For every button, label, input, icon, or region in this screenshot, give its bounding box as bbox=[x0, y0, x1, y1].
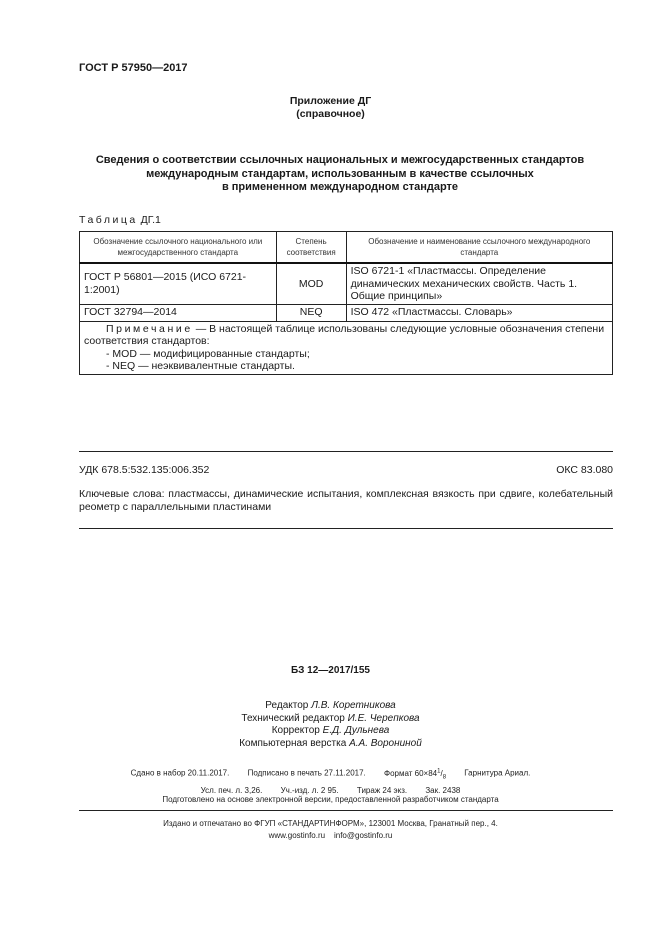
section-title: Сведения о соответствии ссылочных национ… bbox=[70, 154, 610, 195]
bz-number: БЗ 12—2017/155 bbox=[0, 665, 661, 676]
divider bbox=[79, 451, 613, 452]
credit-name: И.Е. Черепкова bbox=[348, 713, 420, 724]
udc-code: УДК 678.5:532.135:006.352 bbox=[79, 464, 209, 476]
international-standard-cell: ISO 6721-1 «Пластмассы. Определение дина… bbox=[346, 263, 612, 304]
column-header: Степень соответствия bbox=[276, 232, 346, 264]
divider bbox=[79, 810, 613, 811]
publisher-line: Издано и отпечатано во ФГУП «СТАНДАРТИНФ… bbox=[0, 818, 661, 830]
note-lead: Примечание bbox=[106, 323, 193, 335]
correspondence-table: Обозначение ссылочного национального или… bbox=[79, 231, 613, 375]
section-title-line: в примененном международном стандарте bbox=[70, 181, 610, 195]
table-label: Таблица ДГ.1 bbox=[79, 214, 161, 226]
credit-line: Технический редактор И.Е. Черепкова bbox=[0, 713, 661, 726]
submitted-date: Сдано в набор 20.11.2017. bbox=[131, 769, 230, 778]
credit-name: А.А. Ворониной bbox=[349, 738, 422, 749]
note-text: Примечание — В настоящей таблице использ… bbox=[84, 323, 608, 348]
table-label-prefix: Таблица bbox=[79, 214, 138, 226]
table-label-id: ДГ.1 bbox=[141, 214, 161, 226]
publisher-info: Издано и отпечатано во ФГУП «СТАНДАРТИНФ… bbox=[0, 818, 661, 841]
prepared-note: Подготовлено на основе электронной верси… bbox=[0, 795, 661, 804]
website-link[interactable]: www.gostinfo.ru bbox=[269, 831, 325, 840]
keywords: Ключевые слова: пластмассы, динамические… bbox=[79, 488, 613, 514]
international-standard-cell: ISO 472 «Пластмассы. Словарь» bbox=[346, 304, 612, 321]
national-standard-cell: ГОСТ Р 56801—2015 (ИСО 6721-1:2001) bbox=[80, 263, 277, 304]
national-standard-cell: ГОСТ 32794—2014 bbox=[80, 304, 277, 321]
credit-line: Корректор Е.Д. Дульнева bbox=[0, 725, 661, 738]
print-details: Сдано в набор 20.11.2017. Подписано в пе… bbox=[0, 765, 661, 797]
note-item: - MOD — модифицированные стандарты; bbox=[84, 348, 608, 361]
degree-cell: MOD bbox=[276, 263, 346, 304]
credit-line: Редактор Л.В. Коретникова bbox=[0, 700, 661, 713]
print-line-1: Сдано в набор 20.11.2017. Подписано в пе… bbox=[0, 765, 661, 784]
appendix-type: (справочное) bbox=[0, 108, 661, 121]
credit-role: Технический редактор bbox=[241, 713, 344, 724]
format-sub: 8 bbox=[443, 774, 446, 780]
table-row: ГОСТ 32794—2014 NEQ ISO 472 «Пластмассы.… bbox=[80, 304, 613, 321]
publisher-contacts: www.gostinfo.ru info@gostinfo.ru bbox=[0, 830, 661, 842]
credit-role: Редактор bbox=[265, 700, 308, 711]
print-sheets: Усл. печ. л. 3,26. bbox=[201, 786, 263, 795]
degree-cell: NEQ bbox=[276, 304, 346, 321]
note-item: - NEQ — неэквивалентные стандарты. bbox=[84, 360, 608, 373]
column-header: Обозначение и наименование ссылочного ме… bbox=[346, 232, 612, 264]
table-note-row: Примечание — В настоящей таблице использ… bbox=[80, 321, 613, 374]
credit-name: Л.В. Коретникова bbox=[311, 700, 396, 711]
print-run: Тираж 24 экз. bbox=[357, 786, 407, 795]
section-title-line: Сведения о соответствии ссылочных национ… bbox=[70, 154, 610, 168]
column-header: Обозначение ссылочного национального или… bbox=[80, 232, 277, 264]
signed-date: Подписано в печать 27.11.2017. bbox=[248, 769, 366, 778]
appendix-title: Приложение ДГ bbox=[0, 95, 661, 108]
order-number: Зак. 2438 bbox=[425, 786, 460, 795]
section-title-line: международным стандартам, использованным… bbox=[70, 168, 610, 182]
credit-role: Компьютерная верстка bbox=[239, 738, 346, 749]
format-sup: 1 bbox=[437, 768, 440, 774]
credit-role: Корректор bbox=[272, 725, 320, 736]
appendix-heading: Приложение ДГ (справочное) bbox=[0, 95, 661, 121]
credit-line: Компьютерная верстка А.А. Ворониной bbox=[0, 738, 661, 751]
table-note: Примечание — В настоящей таблице использ… bbox=[80, 321, 613, 374]
credits: Редактор Л.В. Коретникова Технический ре… bbox=[0, 700, 661, 750]
format-prefix: Формат 60×84 bbox=[384, 769, 437, 778]
publisher-sheets: Уч.-изд. л. 2 95. bbox=[281, 786, 339, 795]
divider bbox=[79, 528, 613, 529]
credit-name: Е.Д. Дульнева bbox=[323, 725, 390, 736]
format: Формат 60×841/8 bbox=[384, 769, 446, 778]
table-row: ГОСТ Р 56801—2015 (ИСО 6721-1:2001) MOD … bbox=[80, 263, 613, 304]
oks-code: ОКС 83.080 bbox=[556, 464, 613, 476]
email-link[interactable]: info@gostinfo.ru bbox=[334, 831, 392, 840]
table-header-row: Обозначение ссылочного национального или… bbox=[80, 232, 613, 264]
typeface: Гарнитура Ариал. bbox=[464, 769, 530, 778]
document-code: ГОСТ Р 57950—2017 bbox=[79, 62, 188, 74]
